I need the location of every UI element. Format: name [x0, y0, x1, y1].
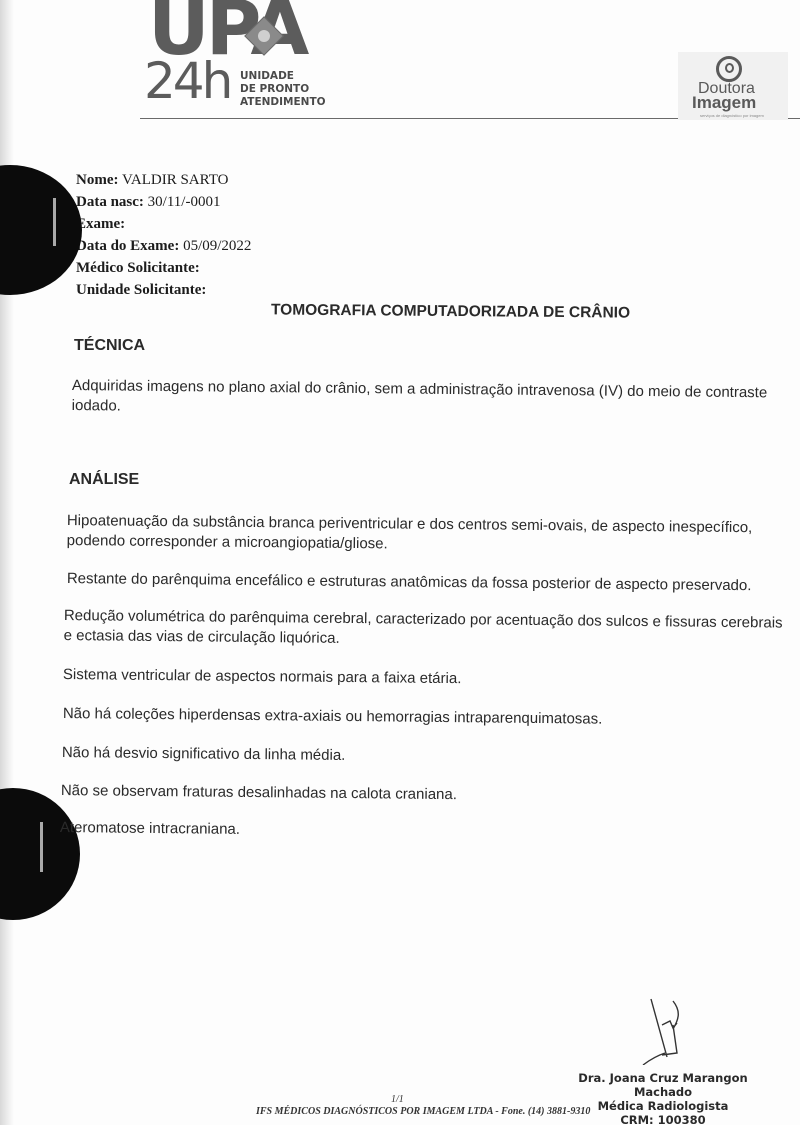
finding: Sistema ventricular de aspectos normais …	[63, 665, 462, 689]
patient-name: VALDIR SARTO	[122, 172, 228, 188]
finding: Restante do parênquima encefálico e estr…	[67, 569, 752, 596]
requesting-unit-row: Unidade Solicitante:	[76, 279, 251, 301]
doutora-imagem-logo: Doutora Imagem serviços de diagnóstico p…	[678, 52, 788, 120]
finding: Não se observam fraturas desalinhadas na…	[61, 781, 457, 805]
logo-line2: Imagem	[692, 94, 756, 111]
page-number: 1/1	[391, 1094, 404, 1105]
patient-info: Nome: VALDIR SARTO Data nasc: 30/11/-000…	[76, 169, 251, 301]
technique-heading: TÉCNICA	[74, 337, 145, 355]
finding: Ateromatose intracraniana.	[60, 818, 240, 840]
handwritten-signature	[615, 995, 705, 1065]
text-line: Sistema ventricular de aspectos normais …	[63, 665, 462, 689]
text-line: Restante do parênquima encefálico e estr…	[67, 569, 752, 596]
text-line: Não há coleções hiperdensas extra-axiais…	[63, 704, 603, 730]
signer-name: Dra. Joana Cruz Marangon Machado	[553, 1071, 773, 1099]
finding: Redução volumétrica do parênquima cerebr…	[64, 606, 783, 654]
birth-date-row: Data nasc: 30/11/-0001	[76, 191, 251, 213]
upa-24h-text: 24h	[144, 56, 230, 106]
logo-tagline: serviços de diagnóstico por imagem	[700, 113, 764, 118]
text-line: Não há desvio significativo da linha méd…	[62, 743, 346, 766]
exam-date-row: Data do Exame: 05/09/2022	[76, 235, 251, 257]
birth-date: 30/11/-0001	[148, 194, 221, 210]
upa-subtitle-line: ATENDIMENTO	[240, 96, 326, 109]
upa-subtitle-line: DE PRONTO	[240, 83, 326, 96]
analysis-heading: ANÁLISE	[69, 471, 139, 489]
punch-hole	[0, 165, 82, 295]
upa-subtitle: UNIDADE DE PRONTO ATENDIMENTO	[240, 70, 326, 109]
exam-row: Exame:	[76, 213, 251, 235]
footer-company: IFS MÉDICOS DIAGNÓSTICOS POR IMAGEM LTDA…	[256, 1106, 590, 1117]
upa-logo: UPA 24h UNIDADE DE PRONTO ATENDIMENTO	[140, 2, 310, 114]
report-title: TOMOGRAFIA COMPUTADORIZADA DE CRÂNIO	[271, 301, 630, 322]
text-line: Ateromatose intracraniana.	[60, 818, 240, 840]
technique-text: Adquiridas imagens no plano axial do crâ…	[72, 376, 768, 423]
finding: Não há coleções hiperdensas extra-axiais…	[63, 704, 603, 730]
staple	[53, 198, 56, 246]
staple	[40, 822, 43, 872]
requesting-doctor-row: Médico Solicitante:	[76, 257, 251, 279]
finding: Não há desvio significativo da linha méd…	[62, 743, 346, 766]
exam-date: 05/09/2022	[183, 238, 251, 254]
finding: Hipoatenuação da substância branca periv…	[67, 511, 753, 558]
patient-name-row: Nome: VALDIR SARTO	[76, 169, 251, 191]
doctor-avatar-icon	[716, 56, 742, 82]
text-line: Não se observam fraturas desalinhadas na…	[61, 781, 457, 805]
upa-subtitle-line: UNIDADE	[240, 70, 326, 83]
